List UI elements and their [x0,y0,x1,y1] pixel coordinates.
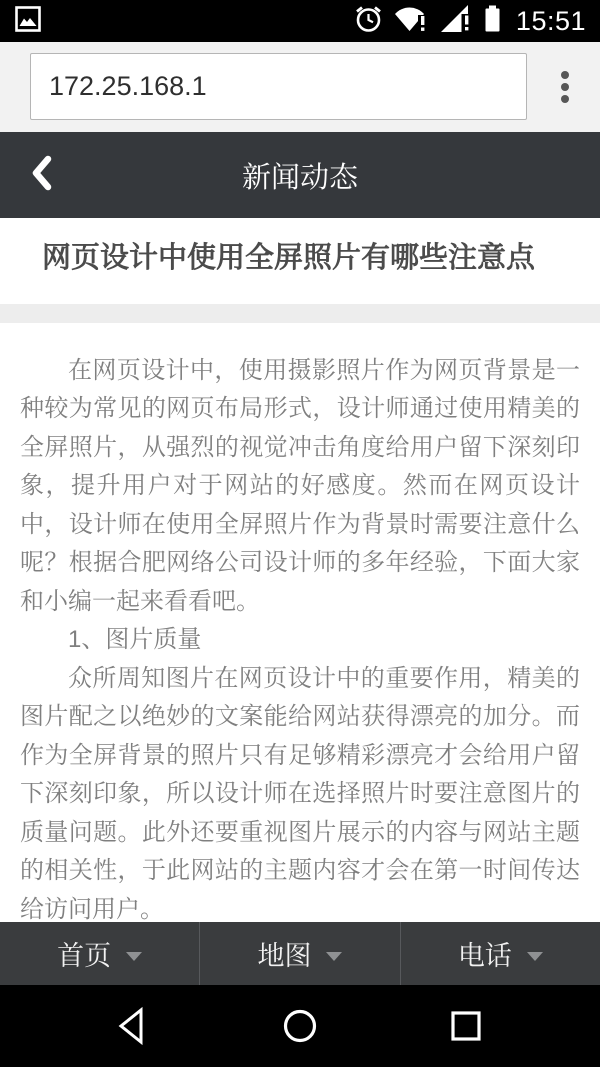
back-chevron-icon [31,155,53,196]
android-nav-bar [0,985,600,1067]
status-time: 15:51 [516,6,586,37]
nav-item-label: 首页 [57,934,111,973]
url-input[interactable]: 172.25.168.1 [30,53,527,120]
url-text: 172.25.168.1 [49,71,207,102]
android-back-icon [115,1006,147,1046]
android-back-button[interactable] [115,1006,147,1051]
android-recents-icon [450,1010,482,1042]
status-icons: 15:51 [353,3,586,39]
phone-screen: 15:51 172.25.168.1 新闻动态 网页设计中使用全屏照片有哪些注意… [0,0,600,1067]
android-recents-button[interactable] [450,1010,482,1047]
signal-no-internet-icon [439,3,473,39]
nav-item-label: 地图 [257,934,311,973]
article-body: 在网页设计中，使用摄影照片作为网页背景是一种较为常见的网页布局形式，设计师通过使… [0,352,600,922]
nav-item-map[interactable]: 地图 [199,922,399,985]
overflow-menu-icon [561,71,569,79]
wifi-no-internet-icon [393,3,430,39]
android-home-icon [282,1008,318,1044]
divider-band [0,304,600,323]
status-bar: 15:51 [0,0,600,42]
alarm-icon [353,3,384,39]
nav-item-label: 电话 [458,934,512,973]
article-paragraph: 在网页设计中，使用摄影照片作为网页背景是一种较为常见的网页布局形式，设计师通过使… [20,352,580,622]
article-paragraph: 众所周知图片在网页设计中的重要作用，精美的图片配之以绝妙的文案能给网站获得漂亮的… [20,660,580,922]
caret-down-icon [126,952,142,961]
caret-down-icon [527,952,543,961]
nav-item-phone[interactable]: 电话 [400,922,600,985]
page-header: 新闻动态 [0,132,600,218]
battery-icon [482,3,503,39]
browser-bar: 172.25.168.1 [0,42,600,132]
article-content: 网页设计中使用全屏照片有哪些注意点 在网页设计中，使用摄影照片作为网页背景是一种… [0,218,600,922]
caret-down-icon [326,952,342,961]
android-home-button[interactable] [282,1008,318,1049]
browser-menu-button[interactable] [555,65,575,109]
article-title: 网页设计中使用全屏照片有哪些注意点 [42,243,558,275]
nav-item-home[interactable]: 首页 [0,922,199,985]
page-title: 新闻动态 [242,155,358,196]
screenshot-thumbnail-icon [14,5,42,38]
site-bottom-nav: 首页 地图 电话 [0,922,600,985]
back-button[interactable] [20,148,64,202]
article-subheading: 1、图片质量 [20,621,580,660]
